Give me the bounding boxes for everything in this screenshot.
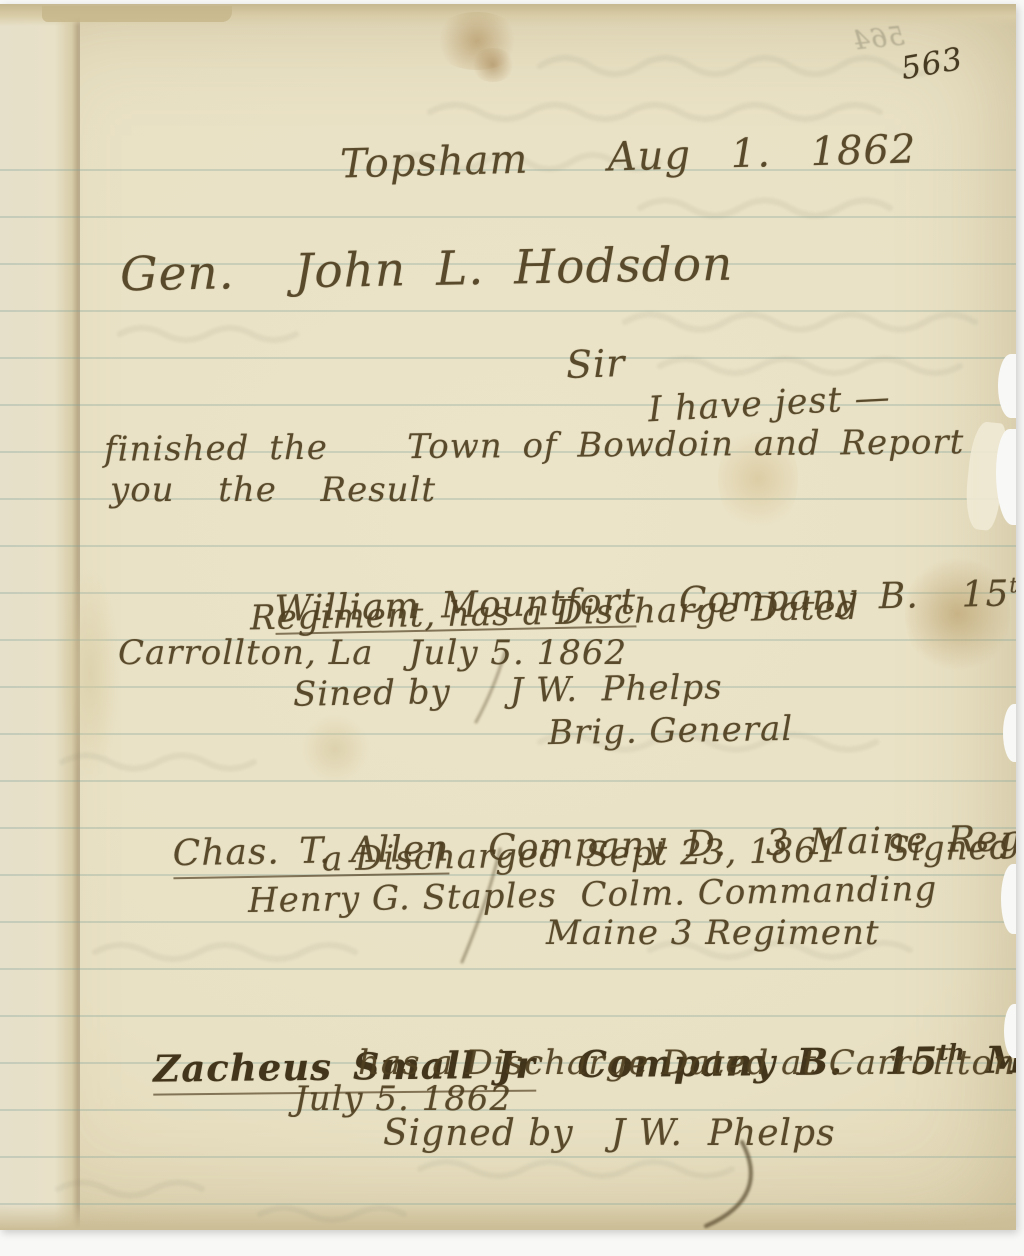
page-number: 563	[898, 41, 965, 87]
entry2-line4: Maine 3 Regiment	[546, 913, 880, 953]
torn-edge-notch	[998, 354, 1016, 418]
torn-paper-patch	[962, 421, 1007, 532]
ordinal-superscript: t	[1009, 573, 1016, 598]
paper-edge-chip	[42, 6, 232, 22]
manuscript-page: 564 563 Topsham Aug 1. 1862 Gen. John L.…	[0, 4, 1016, 1230]
entry1-line5: Brig. General	[548, 709, 794, 753]
paper-stain	[300, 714, 370, 784]
body-line: you the Result	[110, 470, 436, 510]
scanned-document-view: 564 563 Topsham Aug 1. 1862 Gen. John L.…	[0, 0, 1024, 1256]
salutation: Gen. John L. Hodsdon	[120, 237, 734, 303]
salutation-sir: Sir	[565, 341, 626, 387]
paper-bottom-edge	[0, 1204, 1016, 1230]
entry1-line3: Carrollton, La July 5. 1862	[118, 633, 627, 673]
body-line: finished the Town of Bowdoin and Report	[104, 422, 965, 470]
entry1-line4: Sined by J W. Phelps	[293, 667, 723, 714]
entry3-line2: has a Discharge Dated at Carrollton La	[358, 1043, 1016, 1083]
ink-stain	[470, 48, 516, 82]
entry3-line4: Signed by J W. Phelps	[383, 1113, 836, 1154]
dateline: Topsham Aug 1. 1862	[339, 126, 916, 187]
torn-edge-notch	[1003, 704, 1016, 762]
